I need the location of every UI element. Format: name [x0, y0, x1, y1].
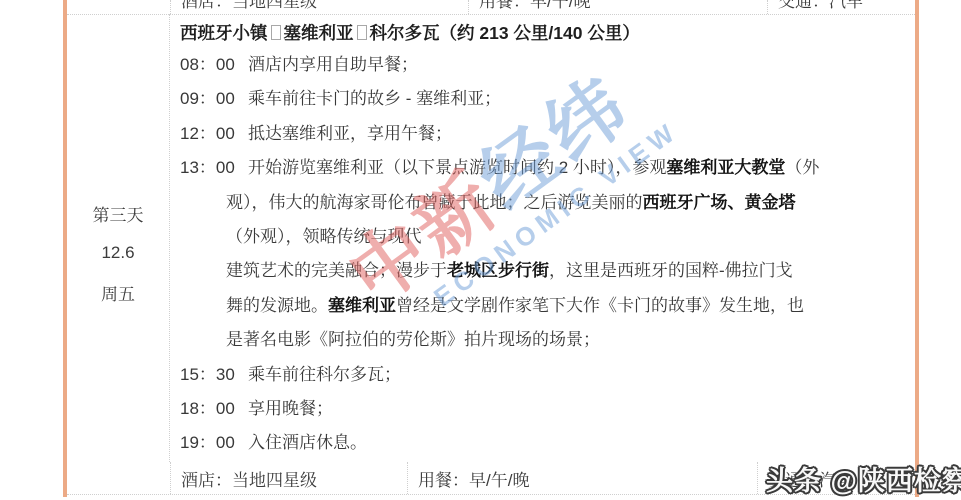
- schedule-line: 18：00享用晚餐；: [180, 392, 915, 426]
- toutiao-handle: @陕西检察: [822, 466, 961, 496]
- schedule-time: 15：30: [180, 358, 248, 392]
- day-weekday: 周五: [101, 280, 135, 305]
- schedule-time: 08：00: [180, 48, 248, 82]
- toutiao-author-badge: 头条 @陕西检察: [766, 459, 961, 498]
- schedule-line: 建筑艺术的完美融合；漫步于老城区步行街，这里是西班牙的国粹-佛拉门戈: [180, 254, 915, 288]
- schedule-text: 观），伟大的航海家哥伦布曾藏于此地；之后游览美丽的: [226, 193, 643, 212]
- route-title: 西班牙小镇塞维利亚科尔多瓦（约 213 公里/140 公里）: [180, 18, 915, 48]
- schedule-text: 是著名电影《阿拉伯的劳伦斯》拍片现场的场景；: [226, 330, 600, 349]
- hotel-cell: 酒店：当地四星级: [171, 462, 408, 494]
- previous-day-empty-cell: [67, 0, 171, 14]
- itinerary-page: 酒店：当地四星级 用餐：早/午/晚 交通：汽车 第三天 12.6 周五 西班牙小…: [0, 0, 961, 500]
- schedule-time: 19：00: [180, 426, 248, 460]
- schedule-text: ，这里是西班牙的国粹-佛拉门戈: [549, 261, 793, 280]
- schedule-time: 13：00: [180, 151, 248, 185]
- schedule-line: 12：00抵达塞维利亚，享用午餐；: [180, 117, 915, 151]
- schedule-lines: 08：00酒店内享用自助早餐；09：00乘车前往卡门的故乡 - 塞维利亚；12：…: [180, 48, 915, 461]
- schedule-line: 13：00开始游览塞维利亚（以下景点游览时间约 2 小时），参观塞维利亚大教堂（…: [180, 151, 915, 185]
- schedule-text: 曾经是文学剧作家笔下大作《卡门的故事》发生地，也: [396, 296, 804, 315]
- hotel-text: 酒店：当地四星级: [181, 466, 317, 491]
- route-title-part: 科尔多瓦（约 213 公里/140 公里）: [370, 23, 640, 43]
- schedule-text: 塞维利亚: [328, 296, 396, 315]
- route-title-part: 西班牙小镇: [180, 23, 268, 43]
- prev-transport-text: 交通：汽车: [778, 0, 915, 11]
- schedule-text: 建筑艺术的完美融合；漫步于: [226, 261, 447, 280]
- schedule-text: 享用晚餐；: [248, 399, 333, 418]
- day-row: 第三天 12.6 周五 西班牙小镇塞维利亚科尔多瓦（约 213 公里/140 公…: [67, 14, 915, 462]
- prev-hotel-text: 酒店：当地四星级: [181, 0, 468, 11]
- schedule-line: 19：00入住酒店休息。: [180, 426, 915, 460]
- schedule-text: 西班牙广场、黄金塔: [643, 193, 796, 212]
- prev-hotel-cell: 酒店：当地四星级: [171, 0, 469, 14]
- day-date: 12.6: [101, 243, 134, 263]
- schedule-line: 观），伟大的航海家哥伦布曾藏于此地；之后游览美丽的西班牙广场、黄金塔: [180, 186, 915, 220]
- schedule-time: 18：00: [180, 392, 248, 426]
- schedule-text: （外观），领略传统与现代: [226, 227, 422, 246]
- schedule-text: 入住酒店休息。: [248, 433, 367, 452]
- day-number: 第三天: [93, 201, 144, 226]
- schedule-line: 是著名电影《阿拉伯的劳伦斯》拍片现场的场景；: [180, 323, 915, 357]
- schedule-line: （外观），领略传统与现代: [180, 220, 915, 254]
- schedule-text: 开始游览塞维利亚（以下景点游览时间约 2 小时），参观: [248, 158, 666, 177]
- schedule-line: 08：00酒店内享用自助早餐；: [180, 48, 915, 82]
- toutiao-logo: 头条: [766, 466, 822, 496]
- schedule-text: （外: [785, 158, 819, 177]
- schedule-text: 乘车前往卡门的故乡 - 塞维利亚；: [248, 89, 501, 108]
- day-cell: 第三天 12.6 周五: [67, 14, 170, 462]
- meals-cell: 用餐：早/午/晚: [408, 462, 758, 494]
- prev-transport-cell: 交通：汽车: [768, 0, 915, 14]
- schedule-text: 舞的发源地。: [226, 296, 328, 315]
- meals-text: 用餐：早/午/晚: [418, 466, 529, 491]
- prev-meals-cell: 用餐：早/午/晚: [469, 0, 768, 14]
- schedule-line: 舞的发源地。塞维利亚曾经是文学剧作家笔下大作《卡门的故事》发生地，也: [180, 289, 915, 323]
- schedule-text: 乘车前往科尔多瓦；: [248, 365, 401, 384]
- schedule-text: 塞维利亚大教堂: [666, 158, 785, 177]
- schedule-line: 09：00乘车前往卡门的故乡 - 塞维利亚；: [180, 82, 915, 116]
- missing-glyph-separator-icon: [357, 25, 367, 40]
- schedule-time: 09：00: [180, 82, 248, 116]
- schedule-text: 老城区步行街: [447, 261, 549, 280]
- route-title-part: 塞维利亚: [284, 23, 354, 43]
- previous-day-footer-row: 酒店：当地四星级 用餐：早/午/晚 交通：汽车: [67, 0, 915, 15]
- table-right-accent-border: [915, 0, 919, 497]
- prev-meals-text: 用餐：早/午/晚: [479, 0, 767, 11]
- schedule-cell: 西班牙小镇塞维利亚科尔多瓦（约 213 公里/140 公里） 08：00酒店内享…: [170, 14, 915, 462]
- schedule-time: 12：00: [180, 117, 248, 151]
- schedule-line: 15：30乘车前往科尔多瓦；: [180, 358, 915, 392]
- schedule-text: 酒店内享用自助早餐；: [248, 55, 418, 74]
- missing-glyph-separator-icon: [271, 25, 281, 40]
- footer-empty-cell: [67, 462, 171, 494]
- schedule-text: 抵达塞维利亚，享用午餐；: [248, 124, 452, 143]
